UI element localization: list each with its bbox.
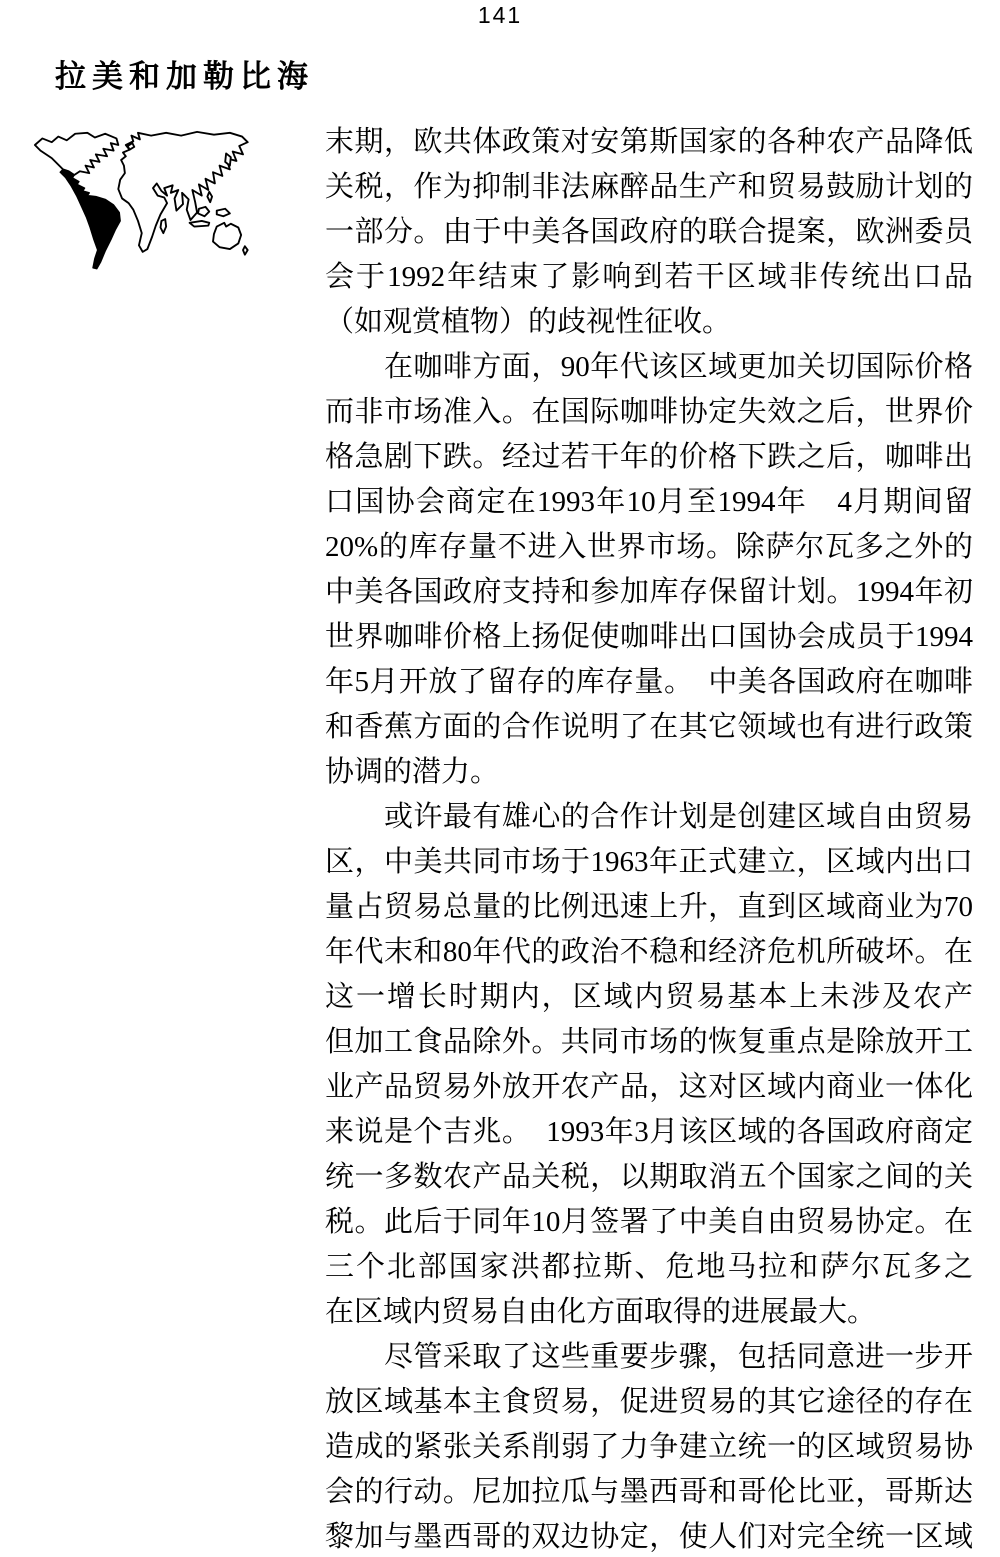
text-line: 但加工食品除外。共同市场的恢复重点是除放开工 (325, 1020, 973, 1065)
text-line: 这一增长时期内，区域内贸易基本上未涉及农产品， (325, 975, 973, 1020)
text-line: 在咖啡方面，90年代该区域更加关切国际价格 (325, 345, 973, 390)
text-line: 年5月开放了留存的库存量。 中美各国政府在咖啡 (325, 660, 973, 705)
text-line: 而非市场准入。在国际咖啡协定失效之后，世界价 (325, 390, 973, 435)
new-zealand-outline (243, 246, 248, 254)
text-line: 格急剧下跌。经过若干年的价格下跌之后，咖啡出 (325, 435, 973, 480)
section-heading: 拉美和加勒比海 (55, 58, 314, 96)
text-line: 税。此后于同年10月签署了中美自由贸易协定。在 (325, 1200, 973, 1245)
document-page: 141 拉美和加勒比海 (0, 0, 1000, 1557)
text-line: 业产品贸易外放开农产品，这对区域内商业一体化 (325, 1065, 973, 1110)
text-line: 中美各国政府支持和参加库存保留计划。1994年初 (325, 570, 973, 615)
text-line: 会的行动。尼加拉瓜与墨西哥和哥伦比亚，哥斯达 (325, 1470, 973, 1515)
text-line: 放区域基本主食贸易，促进贸易的其它途径的存在 (325, 1380, 973, 1425)
body-text: 末期，欧共体政策对安第斯国家的各种农产品降低关税，作为抑制非法麻醉品生产和贸易鼓… (325, 120, 973, 1557)
text-line: 和香蕉方面的合作说明了在其它领域也有进行政策 (325, 705, 973, 750)
indonesia-outline (190, 221, 210, 227)
text-line: 尽管采取了这些重要步骤，包括同意进一步开 (325, 1335, 973, 1380)
text-line: 末期，欧共体政策对安第斯国家的各种农产品降低 (325, 120, 973, 165)
new-guinea-outline (217, 209, 230, 217)
text-line: 20%的库存量不进入世界市场。除萨尔瓦多之外的 (325, 525, 973, 570)
text-line: 来说是个吉兆。 1993年3月该区域的各国政府商定 (325, 1110, 973, 1155)
borneo-outline (198, 207, 209, 216)
text-line: （如观赏植物）的歧视性征收。 (325, 300, 973, 345)
text-line: 区，中美共同市场于1963年正式建立，区域内出口 (325, 840, 973, 885)
text-line: 黎加与墨西哥的双边协定，使人们对完全统一区域 (325, 1515, 973, 1557)
text-line: 在区域内贸易自由化方面取得的进展最大。 (325, 1290, 973, 1335)
latin-america-highlight (60, 169, 120, 268)
text-line: 三个北部国家洪都拉斯、危地马拉和萨尔瓦多之间， (325, 1245, 973, 1290)
text-line: 量占贸易总量的比例迅速上升，直到区域商业为70 (325, 885, 973, 930)
text-line: 年代末和80年代的政治不稳和经济危机所破坏。在 (325, 930, 973, 975)
text-line: 关税，作为抑制非法麻醉品生产和贸易鼓励计划的 (325, 165, 973, 210)
australia-outline (213, 223, 241, 249)
north-america-outline (35, 133, 118, 175)
text-line: 会于1992年结束了影响到若干区域非传统出口品 (325, 255, 973, 300)
page-number: 141 (0, 2, 1000, 29)
text-line: 一部分。由于中美各国政府的联合提案，欧洲委员 (325, 210, 973, 255)
text-line: 统一多数农产品关税，以期取消五个国家之间的关 (325, 1155, 973, 1200)
world-map-latin-america-highlighted (33, 130, 258, 280)
text-line: 口国协会商定在1993年10月至1994年 4月期间留存 (325, 480, 973, 525)
world-map-svg (33, 130, 258, 280)
text-line: 造成的紧张关系削弱了力争建立统一的区域贸易协 (325, 1425, 973, 1470)
text-line: 世界咖啡价格上扬促使咖啡出口国协会成员于1994 (325, 615, 973, 660)
text-line: 协调的潜力。 (325, 750, 973, 795)
madagascar-outline (161, 219, 167, 233)
philippines-outline (207, 192, 212, 202)
text-line: 或许最有雄心的合作计划是创建区域自由贸易 (325, 795, 973, 840)
